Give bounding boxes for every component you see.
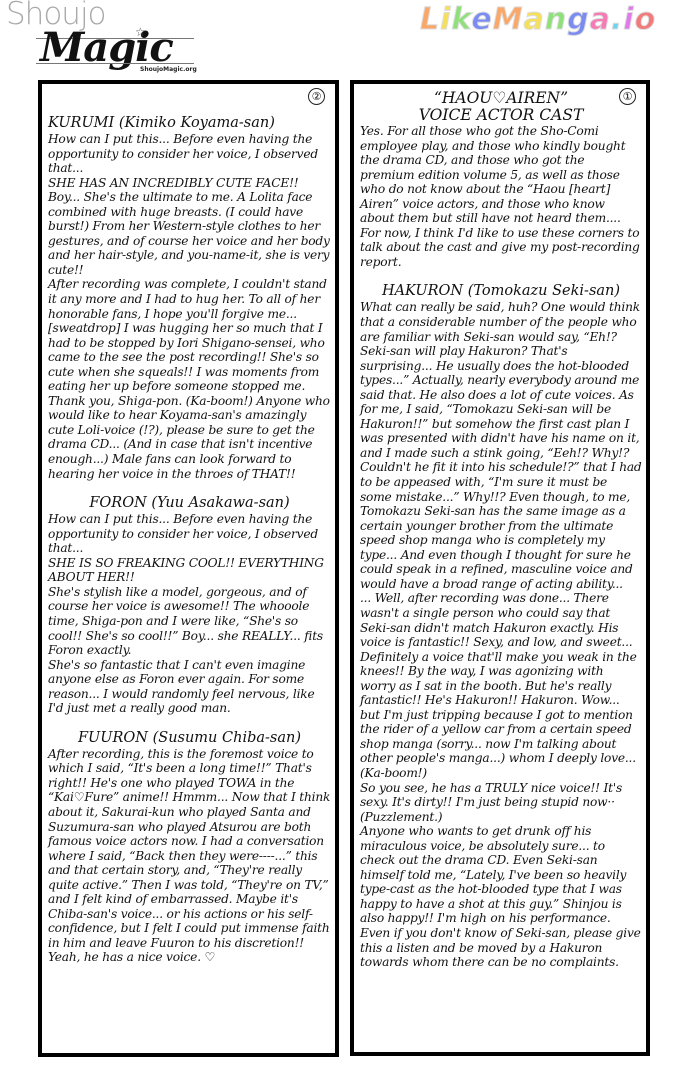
logo-site-text: ShoujoMagic.org: [140, 66, 197, 73]
watermark-letter: i: [623, 2, 634, 37]
paragraph: ... Well, after recording was done... Th…: [360, 591, 642, 780]
watermark-letter: M: [493, 2, 524, 37]
page-number-badge: ②: [308, 88, 325, 105]
watermark-letter: e: [471, 2, 492, 37]
watermark-letter: n: [545, 2, 567, 37]
paragraph: What can really be said, huh? One would …: [360, 300, 642, 591]
paragraph: She's stylish like a model, gorgeous, an…: [48, 585, 331, 658]
likemanga-watermark: LikeManga.io: [420, 2, 656, 37]
right-text-panel: ① “HAOU♡AIREN” VOICE ACTOR CAST Yes. For…: [350, 80, 650, 1056]
page-number-badge: ①: [619, 88, 636, 105]
paragraph: After recording, this is the foremost vo…: [48, 747, 331, 965]
paragraph: SHE HAS AN INCREDIBLY CUTE FACE!!: [48, 176, 331, 191]
watermark-letter: .: [611, 2, 623, 37]
section-heading-foron: FORON (Yuu Asakawa-san): [48, 495, 331, 512]
section-heading-hakuron: HAKURON (Tomokazu Seki-san): [360, 283, 642, 300]
watermark-letter: a: [590, 2, 611, 37]
paragraph: How can I put this... Before even having…: [48, 512, 331, 556]
paragraph: After recording was complete, I couldn't…: [48, 277, 331, 481]
section-heading-fuuron: FUURON (Susumu Chiba-san): [48, 730, 331, 747]
section-heading-kurumi: KURUMI (Kimiko Koyama-san): [48, 115, 331, 132]
left-text-panel: ② KURUMI (Kimiko Koyama-san) How can I p…: [38, 80, 339, 1057]
panel-title-line1: “HAOU♡AIREN”: [360, 90, 642, 107]
watermark-letter: g: [567, 2, 589, 37]
paragraph: She's so fantastic that I can't even ima…: [48, 658, 331, 716]
intro-paragraph: For now, I think I'd like to use these c…: [360, 226, 642, 270]
paragraph: How can I put this... Before even having…: [48, 132, 331, 176]
watermark-letter: k: [451, 2, 471, 37]
logo-rule-bottom: [36, 63, 194, 64]
intro-paragraph: Yes. For all those who got the Sho-Comi …: [360, 124, 642, 226]
watermark-letter: L: [420, 2, 440, 37]
paragraph: So you see, he has a TRULY nice voice!! …: [360, 781, 642, 825]
star-icon: ☆: [135, 25, 146, 39]
paragraph: Anyone who wants to get drunk off his mi…: [360, 824, 642, 969]
watermark-letter: i: [440, 2, 451, 37]
watermark-letter: a: [524, 2, 545, 37]
paragraph: SHE IS SO FREAKING COOL!! EVERYTHING ABO…: [48, 556, 331, 585]
panel-title-line2: VOICE ACTOR CAST: [360, 107, 642, 124]
paragraph: Boy... She's the ultimate to me. A Lolit…: [48, 190, 331, 277]
watermark-letter: o: [635, 2, 657, 37]
